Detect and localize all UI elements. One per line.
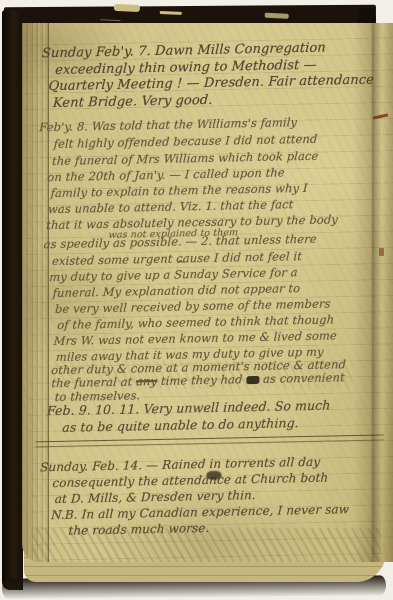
handwritten-line: at D. Mills, & Dresden very thin.: [54, 488, 256, 506]
handwritten-line: Feb'y. 8. Was told that the Williams's f…: [39, 115, 297, 134]
struck-word: any: [136, 374, 158, 388]
handwritten-line: as to be quite unable to do anything.: [62, 415, 299, 435]
handwritten-line: as speedily as possible. — 2. that unles…: [43, 232, 317, 251]
line-text: time they had: [157, 372, 247, 388]
gutter-crease-line: [372, 23, 374, 562]
diary-photo: Sunday Feb'y. 7. Dawn Mills Congregation…: [0, 0, 393, 600]
handwritten-line: consequently the attendance at Church bo…: [52, 471, 328, 491]
handwritten-line: Kent Bridge. Very good.: [53, 93, 213, 111]
diary-page: Sunday Feb'y. 7. Dawn Mills Congregation…: [22, 23, 393, 562]
ink-smudge: [206, 471, 221, 480]
book-cover-left-edge: [2, 10, 23, 590]
handwritten-line: felt highly offended because I did not a…: [53, 132, 317, 151]
hand-drawn-separator-rule: [36, 434, 384, 447]
handwritten-line: the roads much worse.: [68, 521, 210, 538]
handwriting-layer: Sunday Feb'y. 7. Dawn Mills Congregation…: [22, 23, 393, 562]
ink-blot: [246, 376, 259, 384]
red-ink-tick: [379, 248, 384, 256]
line-text: as convenient: [259, 370, 345, 386]
